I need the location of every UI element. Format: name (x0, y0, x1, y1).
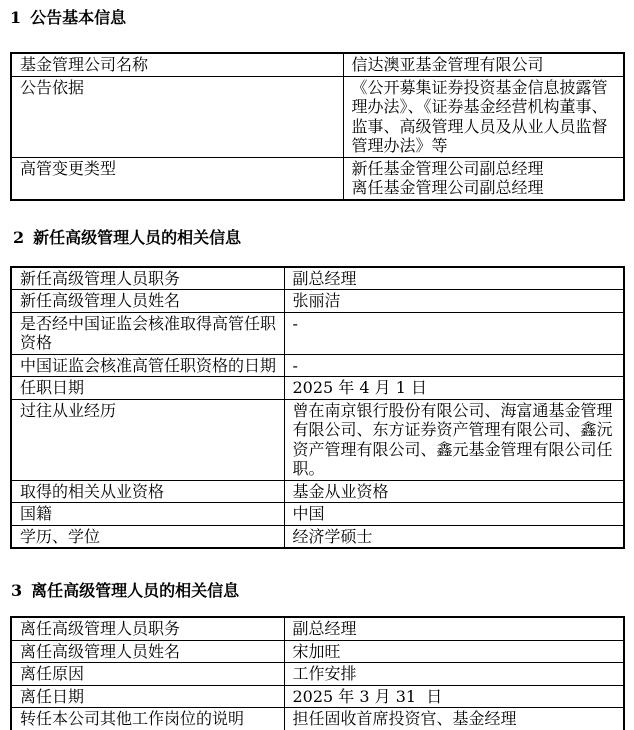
row-value-cell: 工作安排 (284, 663, 624, 686)
table-row: 学历、学位 经济学硕士 (11, 525, 624, 548)
row-value-cell: 曾在南京银行股份有限公司、海富通基金管理有限公司、东方证券资产管理有限公司、鑫沅… (284, 399, 624, 480)
departing-executive-info-table: 离任高级管理人员职务 副总经理 离任高级管理人员姓名 宋加旺 离任原因 工作安排… (10, 616, 625, 730)
table-row: 是否经中国证监会核准取得高管任职资格 - (11, 312, 624, 354)
row-label-cell: 中国证监会核准高管任职资格的日期 (11, 354, 284, 377)
row-label-cell: 高管变更类型 (11, 157, 343, 200)
table-row: 离任日期 2025 年 3 月 31 日 (11, 685, 624, 708)
table-row: 基金管理公司名称 信达澳亚基金管理有限公司 (11, 53, 624, 76)
row-label-cell: 新任高级管理人员姓名 (11, 290, 284, 313)
row-value-cell: 《公开募集证券投资基金信息披露管理办法》、《证券基金经营机构董事、监事、高级管理… (343, 76, 624, 157)
row-label-cell: 是否经中国证监会核准取得高管任职资格 (11, 312, 284, 354)
row-value-cell: 经济学硕士 (284, 525, 624, 548)
row-label-cell: 离任日期 (11, 685, 284, 708)
table-row: 新任高级管理人员姓名 张丽洁 (11, 290, 624, 313)
row-label-cell: 取得的相关从业资格 (11, 480, 284, 503)
table-row: 转任本公司其他工作岗位的说明 担任固收首席投资官、基金经理 (11, 708, 624, 730)
row-value-cell: 担任固收首席投资官、基金经理 (284, 708, 624, 730)
row-label-cell: 新任高级管理人员职务 (11, 267, 284, 290)
row-label-cell: 离任高级管理人员姓名 (11, 640, 284, 663)
row-label-cell: 学历、学位 (11, 525, 284, 548)
section-1-heading: 1公告基本信息 (10, 8, 623, 28)
row-label-cell: 国籍 (11, 503, 284, 526)
row-label-cell: 离任原因 (11, 663, 284, 686)
table-row: 离任原因 工作安排 (11, 663, 624, 686)
new-executive-info-table: 新任高级管理人员职务 副总经理 新任高级管理人员姓名 张丽洁 是否经中国证监会核… (10, 266, 625, 550)
table-row: 取得的相关从业资格 基金从业资格 (11, 480, 624, 503)
row-label-cell: 转任本公司其他工作岗位的说明 (11, 708, 284, 730)
row-value-cell: 2025 年 3 月 31 日 (284, 685, 624, 708)
table-row: 离任高级管理人员职务 副总经理 (11, 617, 624, 640)
section-3-number: 3 (11, 581, 22, 601)
row-label-cell: 公告依据 (11, 76, 343, 157)
row-value-cell: 中国 (284, 503, 624, 526)
table-row: 公告依据 《公开募集证券投资基金信息披露管理办法》、《证券基金经营机构董事、监事… (11, 76, 624, 157)
section-2-heading: 2新任高级管理人员的相关信息 (13, 228, 623, 248)
section-3-title: 离任高级管理人员的相关信息 (31, 581, 239, 600)
row-value-cell: 张丽洁 (284, 290, 624, 313)
row-label-cell: 过往从业经历 (11, 399, 284, 480)
table-row: 国籍 中国 (11, 503, 624, 526)
section-2-number: 2 (13, 228, 24, 248)
table-row: 过往从业经历 曾在南京银行股份有限公司、海富通基金管理有限公司、东方证券资产管理… (11, 399, 624, 480)
table-row: 离任高级管理人员姓名 宋加旺 (11, 640, 624, 663)
row-value-cell: 2025 年 4 月 1 日 (284, 377, 624, 400)
row-value-cell: 基金从业资格 (284, 480, 624, 503)
table-row: 中国证监会核准高管任职资格的日期 - (11, 354, 624, 377)
section-2-title: 新任高级管理人员的相关信息 (33, 228, 241, 247)
row-label-cell: 离任高级管理人员职务 (11, 617, 284, 640)
row-value-cell: 信达澳亚基金管理有限公司 (343, 53, 624, 76)
announcement-basic-info-table: 基金管理公司名称 信达澳亚基金管理有限公司 公告依据 《公开募集证券投资基金信息… (10, 52, 625, 201)
row-label-cell: 任职日期 (11, 377, 284, 400)
table-row: 任职日期 2025 年 4 月 1 日 (11, 377, 624, 400)
section-1-number: 1 (10, 8, 21, 28)
announcement-document: 1公告基本信息 基金管理公司名称 信达澳亚基金管理有限公司 公告依据 《公开募集… (0, 0, 634, 730)
section-3-heading: 3离任高级管理人员的相关信息 (11, 581, 623, 601)
row-value-cell: 宋加旺 (284, 640, 624, 663)
row-value-cell: - (284, 354, 624, 377)
section-1-title: 公告基本信息 (30, 8, 126, 27)
row-value-cell: 副总经理 (284, 267, 624, 290)
table-row: 高管变更类型 新任基金管理公司副总经理 离任基金管理公司副总经理 (11, 157, 624, 200)
row-value-cell: 副总经理 (284, 617, 624, 640)
row-value-cell: - (284, 312, 624, 354)
row-label-cell: 基金管理公司名称 (11, 53, 343, 76)
table-row: 新任高级管理人员职务 副总经理 (11, 267, 624, 290)
row-value-cell: 新任基金管理公司副总经理 离任基金管理公司副总经理 (343, 157, 624, 200)
